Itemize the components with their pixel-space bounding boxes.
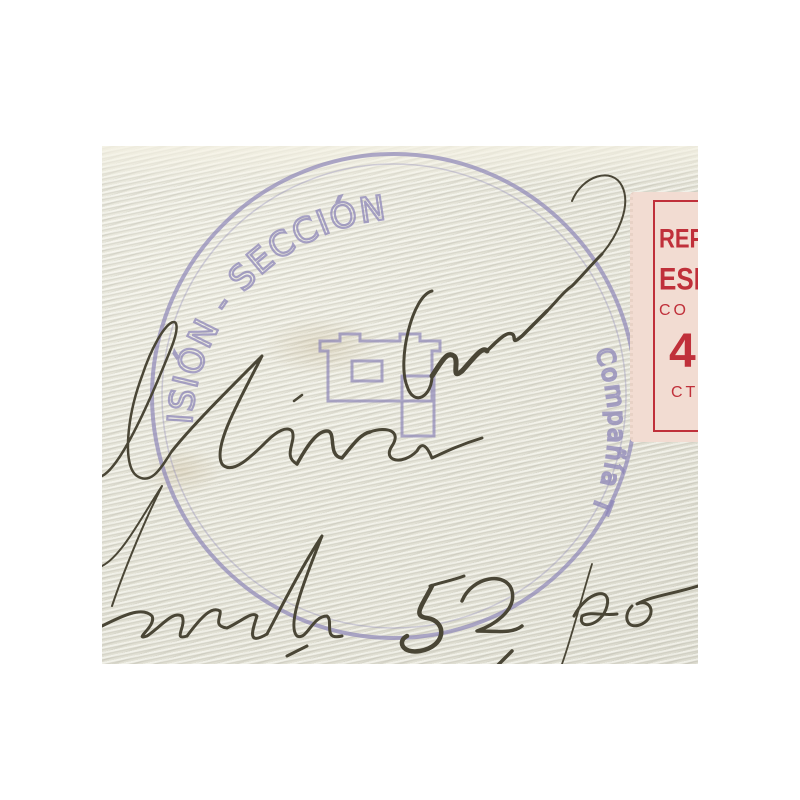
- address-line-1: [102, 322, 482, 479]
- handwriting-layer: [102, 146, 698, 664]
- address-line-2: [102, 486, 698, 664]
- censor-signature: [404, 175, 625, 397]
- envelope-photo: ISIÓN - SECCIÓN Compañía T REP ESP CO 4 …: [102, 146, 698, 664]
